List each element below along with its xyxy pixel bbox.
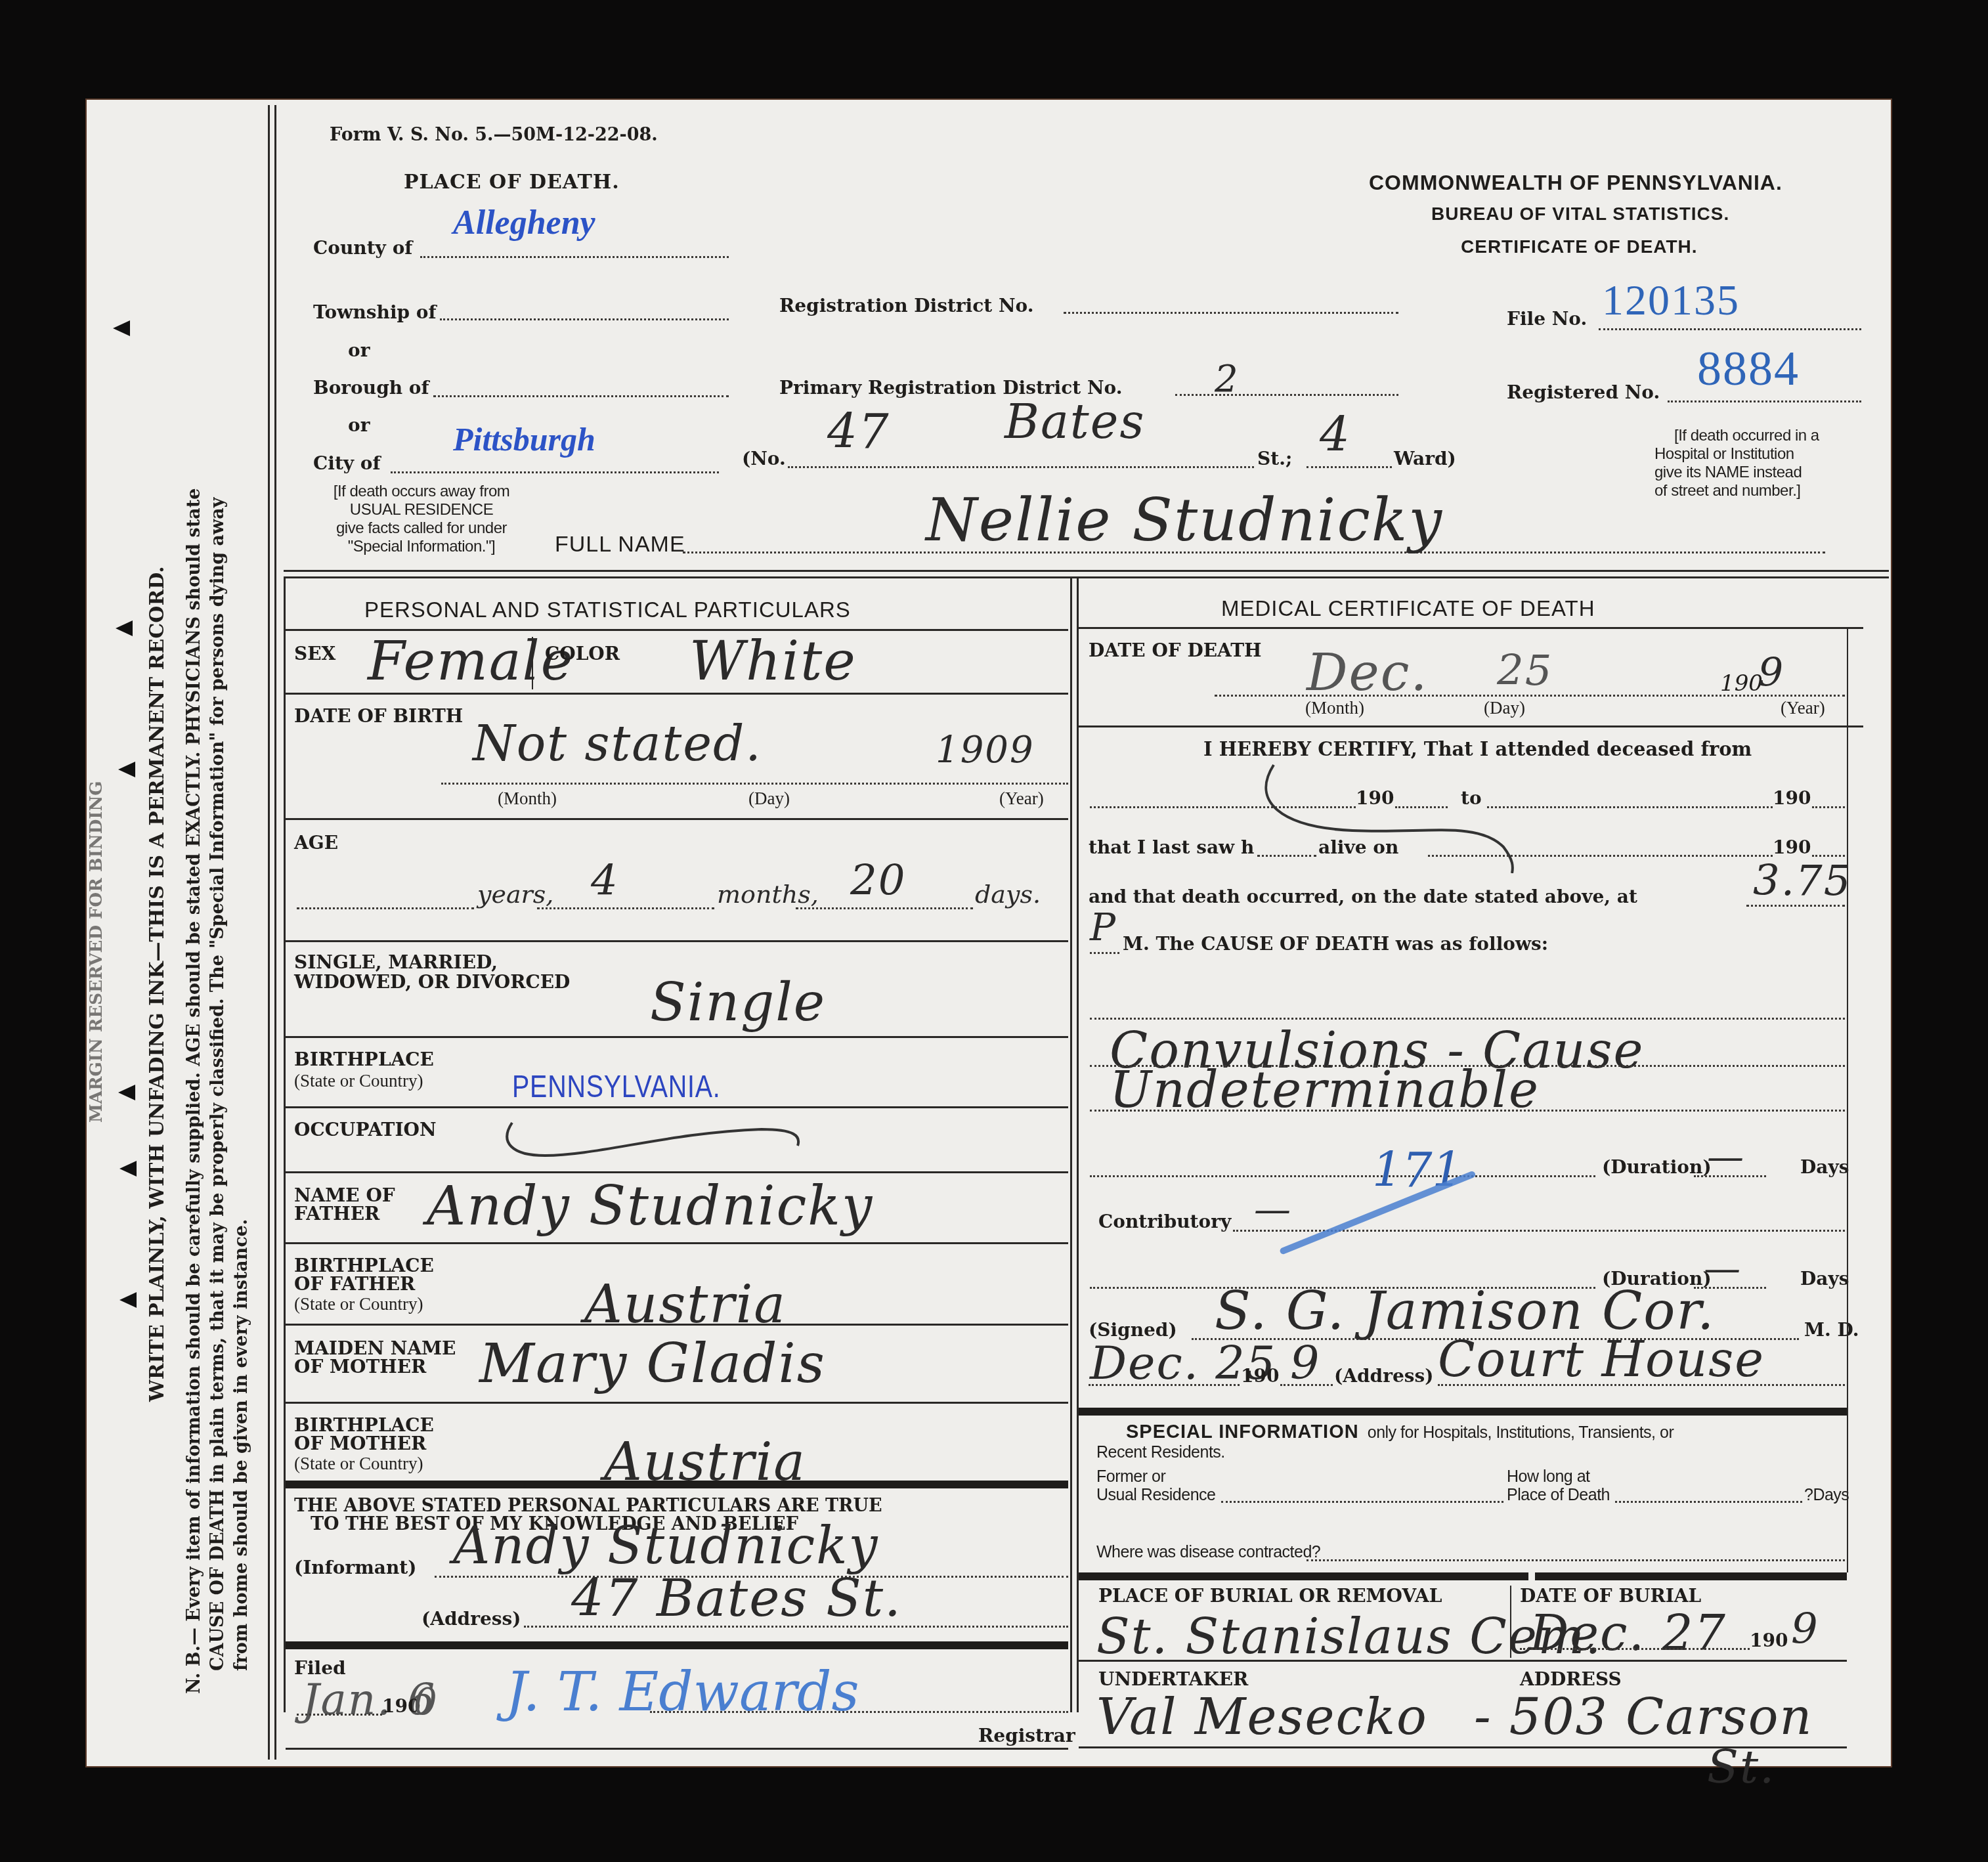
- last-saw-pronoun-field: [1257, 855, 1316, 857]
- cause-field-line-3: [1090, 1110, 1845, 1112]
- primary-reg-field-line: [1175, 394, 1398, 396]
- binding-notch: [113, 320, 130, 336]
- alive-on-190: 190: [1773, 837, 1811, 858]
- contributory-value[interactable]: —: [1254, 1188, 1292, 1231]
- age-label: AGE: [294, 833, 338, 854]
- row-rule: [284, 1036, 1068, 1038]
- contributory-label: Contributory: [1098, 1211, 1231, 1232]
- burial-place-label: PLACE OF BURIAL OR REMOVAL: [1098, 1586, 1442, 1607]
- blue-mark: 171: [1372, 1142, 1462, 1198]
- alive-on-field: [1428, 855, 1773, 857]
- dod-month-caption: (Month): [1305, 697, 1364, 718]
- borough-label: Borough of: [313, 378, 429, 399]
- dod-label: DATE OF DEATH: [1089, 640, 1262, 661]
- marital-label-2: WIDOWED, OR DIVORCED: [294, 972, 570, 993]
- file-no-label: File No.: [1507, 309, 1587, 330]
- margin-nb-line3: from home should be given in every insta…: [231, 1219, 251, 1671]
- dod-year-caption: (Year): [1781, 697, 1825, 718]
- former-field: [1221, 1501, 1503, 1503]
- street-label: St.;: [1257, 448, 1292, 469]
- occupation-label: OCCUPATION: [294, 1119, 437, 1140]
- certificate-paper: MARGIN RESERVED FOR BINDING WRITE PLAINL…: [85, 98, 1892, 1767]
- dob-year[interactable]: 1909: [936, 729, 1035, 771]
- margin-binding-text: MARGIN RESERVED FOR BINDING: [87, 781, 106, 1123]
- street-no-value[interactable]: 47: [827, 404, 890, 459]
- header-certificate: CERTIFICATE OF DEATH.: [1461, 236, 1698, 257]
- age-months-label: months,: [717, 880, 819, 909]
- filed-year-suffix[interactable]: 0: [414, 1681, 439, 1723]
- row-rule: [284, 940, 1068, 942]
- color-value[interactable]: White: [689, 630, 857, 693]
- signed-address-label: (Address): [1334, 1366, 1433, 1387]
- birthplace-state-caption: (State or Country): [294, 1070, 423, 1091]
- bottom-rule: [286, 1748, 1068, 1750]
- undertaker-address-suffix[interactable]: St.: [1707, 1740, 1775, 1794]
- burial-place-value[interactable]: St. Stanislaus Cem.: [1096, 1609, 1602, 1665]
- reg-district-field-line: [1064, 312, 1398, 314]
- burial-date-field: [1520, 1648, 1750, 1650]
- panel-divider: [1077, 576, 1079, 1712]
- dob-month-caption: (Month): [498, 788, 557, 809]
- margin-nb-line2: CAUSE OF DEATH in plain terms, that it m…: [207, 498, 228, 1671]
- header-commonwealth: COMMONWEALTH OF PENNSYLVANIA.: [1369, 171, 1783, 195]
- informant-label: (Informant): [294, 1557, 416, 1578]
- borough-field-line: [433, 395, 729, 397]
- occupation-dash-mark[interactable]: [499, 1116, 814, 1169]
- registrar-signature[interactable]: J. T. Edwards: [506, 1661, 859, 1723]
- margin-rule: [274, 105, 276, 1760]
- duration-value[interactable]: —: [1707, 1136, 1745, 1179]
- where-contracted-field: [1307, 1559, 1845, 1561]
- mother-value[interactable]: Mary Gladis: [479, 1333, 826, 1395]
- dod-year-prefix: 190: [1720, 673, 1763, 694]
- margin-rule: [268, 105, 270, 1760]
- file-no-value[interactable]: 120135: [1602, 276, 1740, 326]
- dob-day-caption: (Day): [748, 788, 790, 809]
- how-long-days: ?Days: [1804, 1486, 1849, 1505]
- full-name-label: FULL NAME: [555, 532, 685, 557]
- street-no-label: (No.: [742, 448, 786, 469]
- former-label-2: Usual Residence: [1096, 1486, 1216, 1505]
- section-rule: [284, 576, 1889, 578]
- row-rule: [284, 1171, 1068, 1173]
- away-note-line: USUAL RESIDENCE: [310, 501, 533, 519]
- hospital-note-line: [If death occurred in a: [1654, 427, 1819, 445]
- burial-date-value[interactable]: Dec. 27: [1530, 1605, 1727, 1662]
- away-note: [If death occurs away from USUAL RESIDEN…: [310, 483, 533, 556]
- cause-field-line-4: [1090, 1175, 1595, 1177]
- row-rule: [284, 1324, 1068, 1326]
- duration-days-label: Days: [1800, 1157, 1849, 1178]
- dod-day-caption: (Day): [1484, 697, 1525, 718]
- dob-label: DATE OF BIRTH: [294, 706, 463, 727]
- section-rule-thick: [1535, 1572, 1847, 1580]
- township-label: Township of: [313, 302, 437, 323]
- hospital-note-line: Hospital or Institution: [1654, 445, 1819, 464]
- birthplace-value[interactable]: PENNSYLVANIA.: [512, 1069, 721, 1105]
- binding-notch: [116, 620, 133, 636]
- county-field-line: [420, 256, 729, 258]
- dod-year-suffix[interactable]: 9: [1758, 650, 1784, 696]
- attended-to-190: 190: [1773, 788, 1811, 809]
- mother-label-2: OF MOTHER: [294, 1356, 426, 1377]
- hospital-note-line: give its NAME instead: [1654, 464, 1819, 482]
- city-label: City of: [313, 453, 381, 474]
- sex-label: SEX: [294, 643, 335, 664]
- panel-border: [1847, 627, 1848, 1572]
- street-no-field-line: [788, 466, 1254, 468]
- row-rule: [284, 818, 1068, 820]
- mother-bp-label-2: OF MOTHER: [294, 1433, 426, 1454]
- special-title-row: SPECIAL INFORMATION only for Hospitals, …: [1126, 1421, 1674, 1443]
- special-title-rest: only for Hospitals, Institutions, Transi…: [1368, 1423, 1674, 1442]
- former-label-1: Former or: [1096, 1467, 1165, 1486]
- county-value[interactable]: Allegheny: [453, 204, 595, 242]
- father-label-2: FATHER: [294, 1203, 379, 1224]
- binding-notch: [119, 1292, 137, 1308]
- undertaker-address-value[interactable]: - 503 Carson: [1474, 1687, 1813, 1746]
- section-rule: [284, 570, 1889, 572]
- township-field-line: [440, 318, 729, 320]
- row-rule: [1079, 725, 1863, 727]
- medical-title: MEDICAL CERTIFICATE OF DEATH: [1221, 596, 1595, 621]
- burial-year-prefix: 190: [1750, 1630, 1788, 1651]
- informant-address-label: (Address): [421, 1609, 521, 1630]
- informant-address-value[interactable]: 47 Bates St.: [571, 1569, 902, 1628]
- age-years-label: years,: [477, 880, 553, 909]
- filed-field-line: [297, 1714, 382, 1716]
- registered-no-value[interactable]: 8884: [1697, 341, 1800, 397]
- alive-on-label: alive on: [1318, 837, 1398, 858]
- sex-value[interactable]: Female: [368, 630, 574, 693]
- burial-date-label: DATE OF BURIAL: [1520, 1586, 1701, 1607]
- age-months-field: [537, 907, 714, 909]
- color-label: COLOR: [545, 643, 620, 664]
- row-rule: [284, 1106, 1068, 1108]
- signed-address-value[interactable]: Court House: [1438, 1332, 1765, 1388]
- row-rule: [284, 1242, 1068, 1244]
- file-no-field-line: [1599, 328, 1861, 330]
- burial-divider: [1510, 1586, 1511, 1658]
- signed-year-prefix: 190: [1241, 1366, 1279, 1387]
- primary-reg-value[interactable]: 2: [1215, 358, 1240, 401]
- row-rule: [284, 693, 1068, 695]
- hospital-note: [If death occurred in a Hospital or Inst…: [1654, 427, 1819, 500]
- county-label: County of: [313, 238, 412, 259]
- mother-bp-state-caption: (State or Country): [294, 1453, 423, 1474]
- dod-month[interactable]: Dec.: [1307, 643, 1428, 703]
- away-note-line: "Special Information."]: [310, 538, 533, 556]
- dob-value[interactable]: Not stated.: [473, 716, 762, 772]
- dob-year-caption: (Year): [999, 788, 1044, 809]
- registered-no-field-line: [1668, 401, 1861, 402]
- hospital-note-line: of street and number.]: [1654, 482, 1819, 500]
- or-label: or: [348, 415, 370, 436]
- death-occurred-text: and that death occurred, on the date sta…: [1089, 886, 1637, 907]
- ward-value[interactable]: 4: [1320, 407, 1351, 462]
- death-ampm-value[interactable]: P: [1090, 905, 1117, 949]
- section-rule-thick: [1079, 1408, 1847, 1416]
- row-rule: [284, 1402, 1068, 1404]
- father-bp-state-caption: (State or Country): [294, 1293, 423, 1314]
- city-field-line: [391, 471, 719, 473]
- death-time-value[interactable]: 3.75: [1753, 857, 1852, 905]
- or-label: or: [348, 340, 370, 361]
- dob-field-line: [441, 783, 1068, 785]
- section-rule-thick: [286, 1481, 1068, 1488]
- undertaker-value[interactable]: Val Mesecko: [1096, 1687, 1428, 1746]
- margin-write-plainly: WRITE PLAINLY, WITH UNFADING INK—THIS IS…: [146, 566, 169, 1402]
- birthplace-label: BIRTHPLACE: [294, 1049, 434, 1070]
- full-name-value[interactable]: Nellie Studnicky: [926, 486, 1443, 555]
- margin-nb-line1: N. B.— Every item of information should …: [184, 488, 204, 1694]
- ampm-field: [1090, 952, 1119, 954]
- signed-year-suffix[interactable]: 9: [1290, 1336, 1321, 1390]
- duration2-days-label: Days: [1800, 1268, 1849, 1289]
- certify-text: I HEREBY CERTIFY, That I attended deceas…: [1203, 739, 1752, 760]
- age-months-value[interactable]: 4: [591, 857, 619, 905]
- ward-field-line: [1307, 466, 1392, 468]
- section-rule-thick: [286, 1641, 1068, 1649]
- attended-to-year-field: [1812, 806, 1845, 808]
- how-long-field: [1615, 1501, 1802, 1503]
- special-title: SPECIAL INFORMATION: [1126, 1421, 1359, 1442]
- away-note-line: [If death occurs away from: [310, 483, 533, 501]
- father-bp-label-2: OF FATHER: [294, 1274, 415, 1295]
- last-saw-text: that I last saw h: [1089, 837, 1254, 858]
- street-name-value[interactable]: Bates: [1005, 394, 1145, 449]
- registrar-label: Registrar: [978, 1725, 1075, 1746]
- section-rule-thick: [1079, 1572, 1528, 1580]
- binding-notch: [118, 1085, 135, 1100]
- dod-day[interactable]: 25: [1497, 647, 1553, 695]
- age-days-field: [796, 907, 973, 909]
- ward-label: Ward): [1394, 448, 1456, 469]
- row-rule: [1079, 1660, 1847, 1662]
- how-long-label-1: How long at: [1507, 1467, 1590, 1486]
- row-rule: [1079, 627, 1863, 629]
- registered-no-label: Registered No.: [1507, 382, 1660, 403]
- registrar-field-line: [650, 1711, 1068, 1713]
- age-days-label: days.: [975, 880, 1041, 909]
- binding-notch: [118, 762, 135, 777]
- sex-color-divider: [532, 637, 533, 689]
- father-bp-value[interactable]: Austria: [584, 1274, 787, 1335]
- age-days-value[interactable]: 20: [850, 857, 906, 905]
- cause-intro: M. The CAUSE OF DEATH was as follows:: [1123, 934, 1548, 955]
- cause-field-line-1: [1090, 1018, 1845, 1020]
- father-value[interactable]: Andy Studnicky: [427, 1175, 873, 1238]
- form-number: Form V. S. No. 5.—50M-12-22-08.: [330, 125, 658, 145]
- city-value[interactable]: Pittsburgh: [453, 420, 595, 458]
- away-note-line: give facts called for under: [310, 519, 533, 538]
- header-bureau: BUREAU OF VITAL STATISTICS.: [1431, 204, 1729, 225]
- binding-notch: [119, 1161, 137, 1177]
- panel-border: [284, 576, 286, 1712]
- how-long-label-2: Place of Death: [1507, 1486, 1610, 1505]
- special-line2: Recent Residents.: [1096, 1443, 1225, 1462]
- burial-year-suffix[interactable]: 9: [1791, 1605, 1819, 1654]
- reg-district-label: Registration District No.: [779, 295, 1034, 316]
- personal-title: PERSONAL AND STATISTICAL PARTICULARS: [364, 597, 851, 622]
- age-years-field: [297, 907, 474, 909]
- where-contracted-label: Where was disease contracted?: [1096, 1543, 1320, 1562]
- marital-label-1: SINGLE, MARRIED,: [294, 952, 498, 973]
- panel-divider: [1070, 576, 1072, 1712]
- informant-value[interactable]: Andy Studnicky: [453, 1517, 879, 1576]
- place-of-death-title: PLACE OF DEATH.: [404, 171, 620, 194]
- marital-value[interactable]: Single: [650, 972, 826, 1033]
- md-label: M. D.: [1804, 1320, 1859, 1341]
